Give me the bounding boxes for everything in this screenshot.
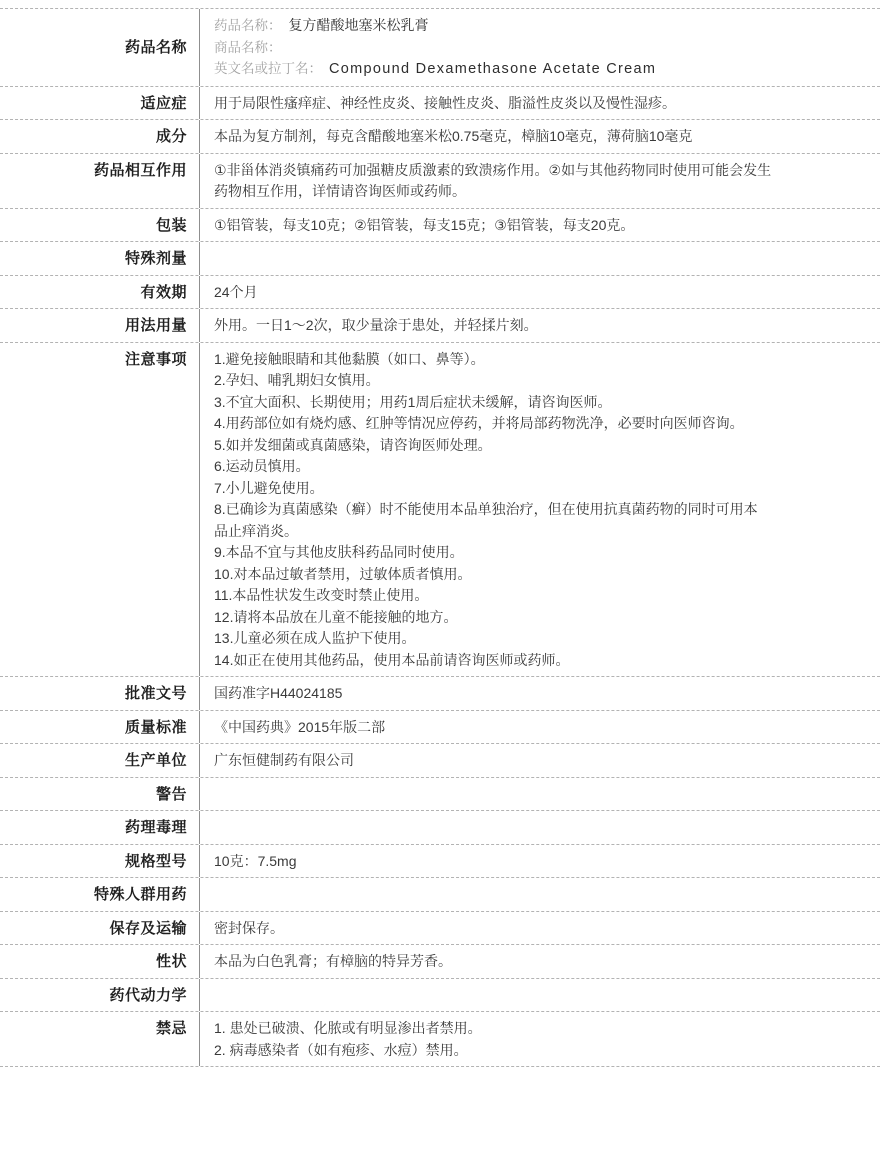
name-field-2: 英文名或拉丁名：Compound Dexamethasone Acetate C… <box>214 58 866 81</box>
row-label: 性状 <box>156 951 187 973</box>
table-row-special-dosage: 特殊剂量 <box>0 242 880 276</box>
table-row-quality-standard: 质量标准《中国药典》2015年版二部 <box>0 711 880 745</box>
row-content-cell-specification: 10克：7.5mg <box>200 845 880 878</box>
content-line: 1. 患处已破溃、化脓或有明显渗出者禁用。 <box>214 1018 866 1040</box>
table-row-specification: 规格型号10克：7.5mg <box>0 845 880 879</box>
row-label-cell-packaging: 包装 <box>0 209 200 242</box>
table-row-storage-transport: 保存及运输密封保存。 <box>0 912 880 946</box>
content-line: 13.儿童必须在成人监护下使用。 <box>214 628 866 650</box>
content-line: 本品为白色乳膏；有樟脑的特异芳香。 <box>214 951 866 973</box>
row-label-cell-indications: 适应症 <box>0 87 200 120</box>
table-row-indications: 适应症用于局限性瘙痒症、神经性皮炎、接触性皮炎、脂溢性皮炎以及慢性湿疹。 <box>0 87 880 121</box>
row-label: 药品名称 <box>125 37 187 59</box>
row-content-cell-manufacturer: 广东恒健制药有限公司 <box>200 744 880 777</box>
content-line: 广东恒健制药有限公司 <box>214 750 866 772</box>
row-label: 禁忌 <box>156 1018 187 1040</box>
content-line: ①非甾体消炎镇痛药可加强糖皮质激素的致溃疡作用。②如与其他药物同时使用可能会发生 <box>214 160 866 182</box>
content-line: 《中国药典》2015年版二部 <box>214 717 866 739</box>
content-line: 10.对本品过敏者禁用，过敏体质者慎用。 <box>214 564 866 586</box>
row-label-cell-pharmacokinetics: 药代动力学 <box>0 979 200 1012</box>
content-line: 用于局限性瘙痒症、神经性皮炎、接触性皮炎、脂溢性皮炎以及慢性湿疹。 <box>214 93 866 115</box>
row-label: 药理毒理 <box>125 817 187 839</box>
row-label-cell-special-populations: 特殊人群用药 <box>0 878 200 911</box>
row-label: 注意事项 <box>125 349 187 371</box>
table-row-drug-name: 药品名称药品名称：复方醋酸地塞米松乳膏商品名称：英文名或拉丁名：Compound… <box>0 9 880 87</box>
content-line: 12.请将本品放在儿童不能接触的地方。 <box>214 607 866 629</box>
content-line: 4.用药部位如有烧灼感、红肿等情况应停药，并将局部药物洗净，必要时向医师咨询。 <box>214 413 866 435</box>
row-label: 有效期 <box>140 282 187 304</box>
row-label-cell-usage-dosage: 用法用量 <box>0 309 200 342</box>
table-row-manufacturer: 生产单位广东恒健制药有限公司 <box>0 744 880 778</box>
name-field-1: 商品名称： <box>214 37 866 59</box>
row-label-cell-approval-number: 批准文号 <box>0 677 200 710</box>
row-label-cell-drug-interactions: 药品相互作用 <box>0 154 200 208</box>
field-label: 英文名或拉丁名： <box>214 58 322 80</box>
row-label-cell-drug-name: 药品名称 <box>0 9 200 86</box>
content-line: 外用。一日1～2次，取少量涂于患处，并轻揉片刻。 <box>214 315 866 337</box>
row-content-cell-special-dosage <box>200 242 880 275</box>
row-content-cell-precautions: 1.避免接触眼睛和其他黏膜（如口、鼻等）。2.孕妇、哺乳期妇女慎用。3.不宜大面… <box>200 343 880 677</box>
content-line: 1.避免接触眼睛和其他黏膜（如口、鼻等）。 <box>214 349 866 371</box>
row-content-cell-pharmacology-toxicology <box>200 811 880 844</box>
content-line: 品止痒消炎。 <box>214 521 866 543</box>
content-line: ①铝管装，每支10克；②铝管装，每支15克；③铝管装，每支20克。 <box>214 215 866 237</box>
table-row-approval-number: 批准文号国药准字H44024185 <box>0 677 880 711</box>
table-row-precautions: 注意事项1.避免接触眼睛和其他黏膜（如口、鼻等）。2.孕妇、哺乳期妇女慎用。3.… <box>0 343 880 678</box>
row-content-cell-storage-transport: 密封保存。 <box>200 912 880 945</box>
table-row-contraindications: 禁忌1. 患处已破溃、化脓或有明显渗出者禁用。2. 病毒感染者（如有疱疹、水痘）… <box>0 1012 880 1067</box>
table-row-description: 性状本品为白色乳膏；有樟脑的特异芳香。 <box>0 945 880 979</box>
row-label: 药代动力学 <box>109 985 187 1007</box>
row-label: 保存及运输 <box>109 918 187 940</box>
content-line: 3.不宜大面积、长期使用；用药1周后症状未缓解，请咨询医师。 <box>214 392 866 414</box>
row-content-cell-approval-number: 国药准字H44024185 <box>200 677 880 710</box>
table-row-pharmacology-toxicology: 药理毒理 <box>0 811 880 845</box>
table-row-drug-interactions: 药品相互作用①非甾体消炎镇痛药可加强糖皮质激素的致溃疡作用。②如与其他药物同时使… <box>0 154 880 209</box>
row-label: 批准文号 <box>125 683 187 705</box>
field-value: Compound Dexamethasone Acetate Cream <box>329 59 656 81</box>
row-content-cell-warning <box>200 778 880 811</box>
row-label-cell-quality-standard: 质量标准 <box>0 711 200 744</box>
field-value: 复方醋酸地塞米松乳膏 <box>289 15 429 37</box>
row-label: 成分 <box>156 126 187 148</box>
row-content-cell-usage-dosage: 外用。一日1～2次，取少量涂于患处，并轻揉片刻。 <box>200 309 880 342</box>
content-line: 14.如正在使用其他药品，使用本品前请咨询医师或药师。 <box>214 650 866 672</box>
drug-info-rows: 药品名称药品名称：复方醋酸地塞米松乳膏商品名称：英文名或拉丁名：Compound… <box>0 9 880 1067</box>
content-line: 5.如并发细菌或真菌感染，请咨询医师处理。 <box>214 435 866 457</box>
row-content-cell-quality-standard: 《中国药典》2015年版二部 <box>200 711 880 744</box>
row-content-cell-ingredients: 本品为复方制剂，每克含醋酸地塞米松0.75毫克，樟脑10毫克，薄荷脑10毫克 <box>200 120 880 153</box>
row-label-cell-storage-transport: 保存及运输 <box>0 912 200 945</box>
content-line: 本品为复方制剂，每克含醋酸地塞米松0.75毫克，樟脑10毫克，薄荷脑10毫克 <box>214 126 866 148</box>
row-label: 用法用量 <box>125 315 187 337</box>
content-line: 10克：7.5mg <box>214 851 866 873</box>
row-label-cell-ingredients: 成分 <box>0 120 200 153</box>
row-label-cell-warning: 警告 <box>0 778 200 811</box>
row-label-cell-shelf-life: 有效期 <box>0 276 200 309</box>
content-line: 药物相互作用，详情请咨询医师或药师。 <box>214 181 866 203</box>
row-label-cell-manufacturer: 生产单位 <box>0 744 200 777</box>
table-row-usage-dosage: 用法用量外用。一日1～2次，取少量涂于患处，并轻揉片刻。 <box>0 309 880 343</box>
content-line: 11.本品性状发生改变时禁止使用。 <box>214 585 866 607</box>
row-content-cell-pharmacokinetics <box>200 979 880 1012</box>
row-label-cell-precautions: 注意事项 <box>0 343 200 677</box>
content-line: 密封保存。 <box>214 918 866 940</box>
row-content-cell-contraindications: 1. 患处已破溃、化脓或有明显渗出者禁用。2. 病毒感染者（如有疱疹、水痘）禁用… <box>200 1012 880 1066</box>
table-row-packaging: 包装①铝管装，每支10克；②铝管装，每支15克；③铝管装，每支20克。 <box>0 209 880 243</box>
content-line: 9.本品不宜与其他皮肤科药品同时使用。 <box>214 542 866 564</box>
table-row-shelf-life: 有效期24个月 <box>0 276 880 310</box>
row-label: 特殊人群用药 <box>94 884 187 906</box>
content-line: 国药准字H44024185 <box>214 683 866 705</box>
row-label-cell-pharmacology-toxicology: 药理毒理 <box>0 811 200 844</box>
content-line: 8.已确诊为真菌感染（癣）时不能使用本品单独治疗，但在使用抗真菌药物的同时可用本 <box>214 499 866 521</box>
row-content-cell-special-populations <box>200 878 880 911</box>
row-label: 适应症 <box>140 93 187 115</box>
row-label: 质量标准 <box>125 717 187 739</box>
table-row-ingredients: 成分本品为复方制剂，每克含醋酸地塞米松0.75毫克，樟脑10毫克，薄荷脑10毫克 <box>0 120 880 154</box>
content-line: 7.小儿避免使用。 <box>214 478 866 500</box>
field-label: 药品名称： <box>214 15 282 37</box>
row-content-cell-description: 本品为白色乳膏；有樟脑的特异芳香。 <box>200 945 880 978</box>
row-content-cell-shelf-life: 24个月 <box>200 276 880 309</box>
content-line: 2. 病毒感染者（如有疱疹、水痘）禁用。 <box>214 1040 866 1062</box>
content-line: 6.运动员慎用。 <box>214 456 866 478</box>
row-label-cell-specification: 规格型号 <box>0 845 200 878</box>
row-label-cell-description: 性状 <box>0 945 200 978</box>
row-label: 生产单位 <box>125 750 187 772</box>
row-content-cell-drug-name: 药品名称：复方醋酸地塞米松乳膏商品名称：英文名或拉丁名：Compound Dex… <box>200 9 880 86</box>
content-line: 2.孕妇、哺乳期妇女慎用。 <box>214 370 866 392</box>
row-label: 药品相互作用 <box>94 160 187 182</box>
row-content-cell-indications: 用于局限性瘙痒症、神经性皮炎、接触性皮炎、脂溢性皮炎以及慢性湿疹。 <box>200 87 880 120</box>
field-label: 商品名称： <box>214 37 282 59</box>
content-line: 24个月 <box>214 282 866 304</box>
row-label: 特殊剂量 <box>125 248 187 270</box>
row-label: 包装 <box>156 215 187 237</box>
table-row-pharmacokinetics: 药代动力学 <box>0 979 880 1013</box>
table-row-warning: 警告 <box>0 778 880 812</box>
drug-info-table: 药品名称药品名称：复方醋酸地塞米松乳膏商品名称：英文名或拉丁名：Compound… <box>0 8 880 1067</box>
row-label-cell-contraindications: 禁忌 <box>0 1012 200 1066</box>
row-label: 规格型号 <box>125 851 187 873</box>
row-content-cell-drug-interactions: ①非甾体消炎镇痛药可加强糖皮质激素的致溃疡作用。②如与其他药物同时使用可能会发生… <box>200 154 880 208</box>
table-row-special-populations: 特殊人群用药 <box>0 878 880 912</box>
row-content-cell-packaging: ①铝管装，每支10克；②铝管装，每支15克；③铝管装，每支20克。 <box>200 209 880 242</box>
row-label: 警告 <box>156 784 187 806</box>
row-label-cell-special-dosage: 特殊剂量 <box>0 242 200 275</box>
name-field-0: 药品名称：复方醋酸地塞米松乳膏 <box>214 15 866 37</box>
